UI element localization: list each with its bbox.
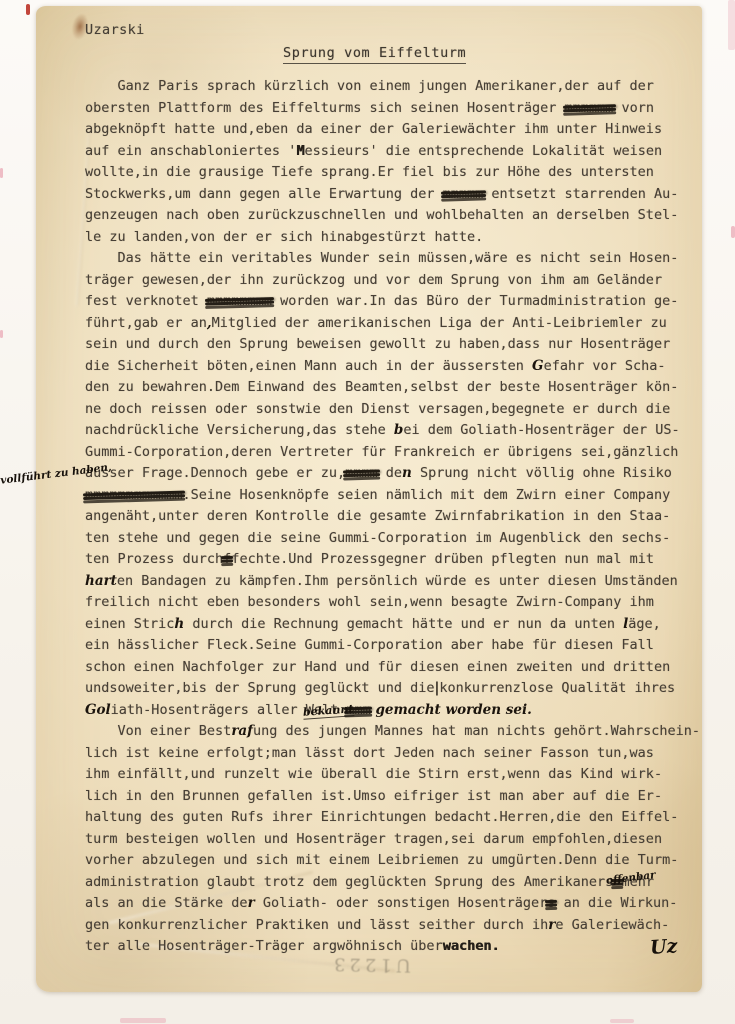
typed-text: ter alle Hosenträger-Träger argwöhnisch … (85, 938, 443, 954)
typed-text: administration glaubt trotz dem geglückt… (85, 874, 613, 890)
ink-strikeout: mmmmmmmm (207, 293, 272, 309)
typed-text: genzeugen nach oben zurückzuschnellen un… (85, 207, 678, 223)
typed-text: turm besteigen wollen und Hosenträger tr… (85, 831, 662, 847)
typed-text: ei dem Goliath-Hosenträger der US- (403, 422, 679, 438)
typed-text: konkurrenzlose Qualität ihres (439, 680, 675, 696)
typed-line: undsoweiter,bis der Sprung geglückt und … (85, 678, 715, 700)
typed-line: Gummi-Corporation,deren Vertreter für Fr… (85, 442, 715, 464)
typed-line: genzeugen nach oben zurückzuschnellen un… (85, 205, 715, 227)
handwritten-correction: Gol (85, 702, 111, 718)
typed-line: vorher abzulegen und sich mit einem Leib… (85, 850, 715, 872)
typed-line: le zu landen,von der er sich hinabgestür… (85, 227, 715, 249)
typed-line: turm besteigen wollen und Hosenträger tr… (85, 829, 715, 851)
author-name: Uzarski (85, 22, 145, 38)
typed-text: äge, (628, 616, 661, 632)
typed-text: gen konkurrenzlicher Praktiken und lässt… (85, 917, 548, 933)
ink-strikeout: mmmmmm (565, 100, 614, 116)
typed-text: träger gewesen,der ihn zurückzog und vor… (85, 272, 662, 288)
ink-strikeout: s (547, 895, 555, 911)
typed-text: Sprung nicht völlig ohne Risiko (412, 465, 672, 481)
typed-line: lich ist keine erfolgt;man lässt dort Je… (85, 743, 715, 765)
typed-text: ten Prozess durch (85, 551, 223, 567)
typed-line: Goliath-Hosenträgers aller Welt mmm gema… (85, 700, 715, 722)
typed-text: als an die Stärke de (85, 895, 248, 911)
ink-strikeout: mmmmm (443, 186, 484, 202)
typed-line: ten stehe und gegen die seine Gummi-Corp… (85, 528, 715, 550)
typed-text: ihm einfällt,und runzelt wie überall die… (85, 766, 662, 782)
typed-text: fechte.Und Prozessgegner drüben pflegten… (231, 551, 654, 567)
handwritten-correction: hart (85, 573, 117, 589)
handwritten-correction: raf (231, 723, 253, 739)
typed-text: ne doch reissen oder sonstwie den Dienst… (85, 401, 670, 417)
typed-text: ung des jungen Mannes hat man nichts geh… (253, 723, 700, 739)
typed-text: Gummi-Corporation,deren Vertreter für Fr… (85, 444, 678, 460)
typed-text: haltung des guten Rufs ihrer Einrichtung… (85, 809, 678, 825)
typed-line: führt,gab er an,Mitglied der amerikanisc… (85, 313, 715, 335)
typed-text: an die Wirkun- (555, 895, 677, 911)
typed-line: wollte,in die grausige Tiefe sprang.Er f… (85, 162, 715, 184)
typed-text: le zu landen,von der er sich hinabgestür… (85, 229, 483, 245)
typed-line: mmmmmmmmmmmm.Seine Hosenknöpfe seien näm… (85, 485, 715, 507)
typed-line: auf ein anschabloniertes 'Messieurs' die… (85, 141, 715, 163)
scan-edge-artifact (610, 1019, 634, 1023)
typed-line: angenäht,unter deren Kontrolle die gesam… (85, 506, 715, 528)
typed-line: schon einen Nachfolger zur Hand und für … (85, 657, 715, 679)
typed-line: ein hässlicher Fleck.Seine Gummi-Corpora… (85, 635, 715, 657)
typed-text: schon einen Nachfolger zur Hand und für … (85, 659, 670, 675)
typed-text: .Seine Hosenknöpfe seien nämlich mit dem… (183, 487, 671, 503)
typed-text: undsoweiter,bis der Sprung geglückt und … (85, 680, 435, 696)
typed-text: obersten Plattform des Eiffelturms sich … (85, 100, 565, 116)
typed-text: wollte,in die grausige Tiefe sprang.Er f… (85, 164, 654, 180)
typed-line: fest verknotet mmmmmmmm worden war.In da… (85, 291, 715, 313)
typed-line: Von einer Bestrafung des jungen Mannes h… (85, 721, 715, 743)
scan-red-mark (26, 4, 30, 15)
typed-text: vorn (613, 100, 654, 116)
typed-line: ausser Frage.Dennoch gebe er zu,mmmm den… (85, 463, 715, 485)
typed-text-body: Ganz Paris sprach kürzlich von einem jun… (85, 76, 715, 958)
handwritten-correction: h (174, 616, 184, 632)
typed-text: Von einer Best (85, 723, 231, 739)
ink-strikeout: f (223, 551, 231, 567)
typed-text: de (378, 465, 402, 481)
typed-line: als an die Stärke der Goliath- oder sons… (85, 893, 715, 915)
typed-line: harten Bandagen zu kämpfen.Ihm persönlic… (85, 571, 715, 593)
typed-line: abgeknöpft hatte und,eben da einer der G… (85, 119, 715, 141)
typed-text: ausser Frage.Dennoch gebe er zu, (85, 465, 345, 481)
typed-text: Mitglied der amerikanischen Liga der Ant… (212, 315, 667, 331)
typed-text: nachdrückliche Versicherung,das stehe (85, 422, 394, 438)
typed-line: lich in den Brunnen gefallen ist.Umso ei… (85, 786, 715, 808)
handwritten-correction: n (402, 465, 412, 481)
typed-text: die Sicherheit böten,einen Mann auch in … (85, 358, 532, 374)
scan-edge-artifact (0, 330, 3, 338)
scan-edge-artifact (731, 226, 735, 238)
typed-line: ihm einfällt,und runzelt wie überall die… (85, 764, 715, 786)
typed-line: nachdrückliche Versicherung,das stehe be… (85, 420, 715, 442)
typed-text: lich ist keine erfolgt;man lässt dort Je… (85, 745, 654, 761)
typed-text: ein hässlicher Fleck.Seine Gummi-Corpora… (85, 637, 654, 653)
typed-text: führt,gab er an (85, 315, 207, 331)
typed-line: Ganz Paris sprach kürzlich von einem jun… (85, 76, 715, 98)
typed-line: träger gewesen,der ihn zurückzog und vor… (85, 270, 715, 292)
typed-text: fest verknotet (85, 293, 207, 309)
typed-text: durch die Rechnung gemacht hätte und er … (184, 616, 623, 632)
handwritten-correction: gemacht worden sei. (371, 702, 532, 718)
handwritten-correction: b (394, 422, 403, 438)
handwritten-signature: Uz (649, 935, 678, 959)
typed-text: vorher abzulegen und sich mit einem Leib… (85, 852, 678, 868)
typed-text: sein und durch den Sprung beweisen gewol… (85, 336, 670, 352)
typed-line: ne doch reissen oder sonstwie den Dienst… (85, 399, 715, 421)
typed-text: ten stehe und gegen die seine Gummi-Corp… (85, 530, 670, 546)
typed-text: angenäht,unter deren Kontrolle die gesam… (85, 508, 670, 524)
ink-strikeout: mmmmmmmmmmmm (85, 487, 183, 503)
typed-text: essieurs' die entsprechende Lokalität we… (304, 143, 662, 159)
overtyped-bold-text: wachen. (443, 938, 500, 954)
typed-line: ten Prozess durchffechte.Und Prozessgegn… (85, 549, 715, 571)
typed-text: auf ein anschabloniertes ' (85, 143, 296, 159)
scanned-document-page: Uzarski Sprung vom Eiffelturm Ganz Paris… (0, 0, 735, 1024)
handwritten-correction: G (532, 358, 544, 374)
typed-text: lich in den Brunnen gefallen ist.Umso ei… (85, 788, 662, 804)
typed-line: einen Strich durch die Rechnung gemacht … (85, 614, 715, 636)
scan-edge-artifact (120, 1018, 166, 1023)
typed-line: die Sicherheit böten,einen Mann auch in … (85, 356, 715, 378)
typed-text: efahr vor Scha- (544, 358, 666, 374)
typed-line: den zu bewahren.Dem Einwand des Beamten,… (85, 377, 715, 399)
typed-text: freilich nicht eben besonders wohl sein,… (85, 594, 654, 610)
typed-text: den zu bewahren.Dem Einwand des Beamten,… (85, 379, 678, 395)
typed-text: abgeknöpft hatte und,eben da einer der G… (85, 121, 662, 137)
handwritten-correction: r (248, 895, 255, 911)
scan-edge-artifact (0, 168, 3, 178)
typed-text: Ganz Paris sprach kürzlich von einem jun… (85, 78, 654, 94)
typed-line: obersten Plattform des Eiffelturms sich … (85, 98, 715, 120)
typed-line: freilich nicht eben besonders wohl sein,… (85, 592, 715, 614)
pencil-inventory-mark: U1223 (330, 953, 411, 975)
typed-line: Das hätte ein veritables Wunder sein müs… (85, 248, 715, 270)
typed-text: Goliath- oder sonstigen Hosenträger (255, 895, 548, 911)
typed-text: Das hätte ein veritables Wunder sein müs… (85, 250, 678, 266)
document-title: Sprung vom Eiffelturm (283, 45, 466, 64)
typed-line: sein und durch den Sprung beweisen gewol… (85, 334, 715, 356)
typed-text: einen Stric (85, 616, 174, 632)
scan-edge-artifact (728, 0, 735, 50)
ink-strikeout: mmmm (345, 465, 378, 481)
typed-text: e Galeriewäch- (555, 917, 669, 933)
typed-text: entsetzt starrenden Au- (483, 186, 678, 202)
typed-text: Stockwerks,um dann gegen alle Erwartung … (85, 186, 443, 202)
typed-line: Stockwerks,um dann gegen alle Erwartung … (85, 184, 715, 206)
typed-text: worden war.In das Büro der Turmadministr… (272, 293, 678, 309)
typed-line: haltung des guten Rufs ihrer Einrichtung… (85, 807, 715, 829)
typed-text: en Bandagen zu kämpfen.Ihm persönlich wü… (117, 573, 678, 589)
typed-line: gen konkurrenzlicher Praktiken und lässt… (85, 915, 715, 937)
